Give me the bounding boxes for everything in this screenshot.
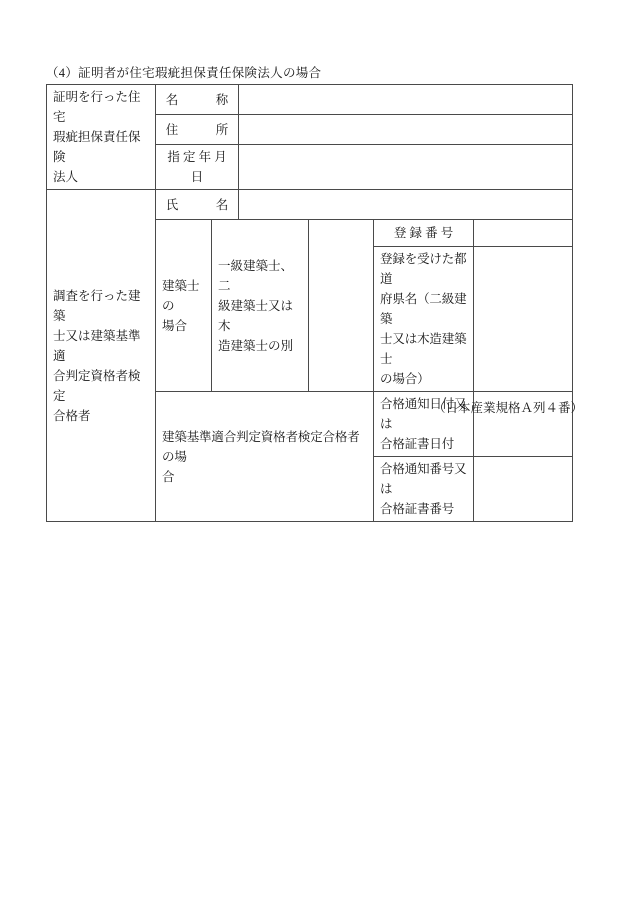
insurer-name-label: 名 称: [156, 85, 239, 115]
section-title: （4）証明者が住宅瑕疵担保責任保険法人の場合: [46, 63, 321, 81]
jis-standard-note: （日本産業規格Ａ列４番）: [433, 398, 583, 416]
pass-number-label: 合格通知番号又は 合格証書番号: [374, 457, 474, 522]
registered-prefecture-value: [474, 247, 573, 392]
insurer-address-label: 住 所: [156, 115, 239, 145]
architect-case-label: 建築士の 場合: [156, 220, 212, 392]
architect-class-label: 一級建築士、二 級建築士又は木 造建築士の別: [212, 220, 309, 392]
pass-number-value: [474, 457, 573, 522]
investigator-section-header: 調査を行った建築 士又は建築基準適 合判定資格者検定 合格者: [47, 190, 156, 522]
architect-class-value: [309, 220, 374, 392]
examinee-case-label: 建築基準適合判定資格者検定合格者の場 合: [156, 392, 374, 522]
insurer-designation-date-label: 指 定 年 月 日: [156, 145, 239, 190]
insurer-address-value: [239, 115, 573, 145]
registration-number-value: [474, 220, 573, 247]
investigator-name-label: 氏 名: [156, 190, 239, 220]
row-insurer-name: 証明を行った住宅 瑕疵担保責任保険 法人 名 称: [47, 85, 573, 115]
certificate-table: 証明を行った住宅 瑕疵担保責任保険 法人 名 称 住 所 指 定 年 月 日 調…: [46, 84, 573, 522]
registered-prefecture-label: 登録を受けた都道 府県名（二級建築 士又は木造建築士 の場合）: [374, 247, 474, 392]
insurer-designation-date-value: [239, 145, 573, 190]
document-page: （4）証明者が住宅瑕疵担保責任保険法人の場合 証明を行った住宅 瑕疵担保責任保険…: [0, 0, 630, 903]
registration-number-label: 登 録 番 号: [374, 220, 474, 247]
insurer-section-header: 証明を行った住宅 瑕疵担保責任保険 法人: [47, 85, 156, 190]
investigator-name-value: [239, 190, 573, 220]
row-investigator-name: 調査を行った建築 士又は建築基準適 合判定資格者検定 合格者 氏 名: [47, 190, 573, 220]
insurer-name-value: [239, 85, 573, 115]
